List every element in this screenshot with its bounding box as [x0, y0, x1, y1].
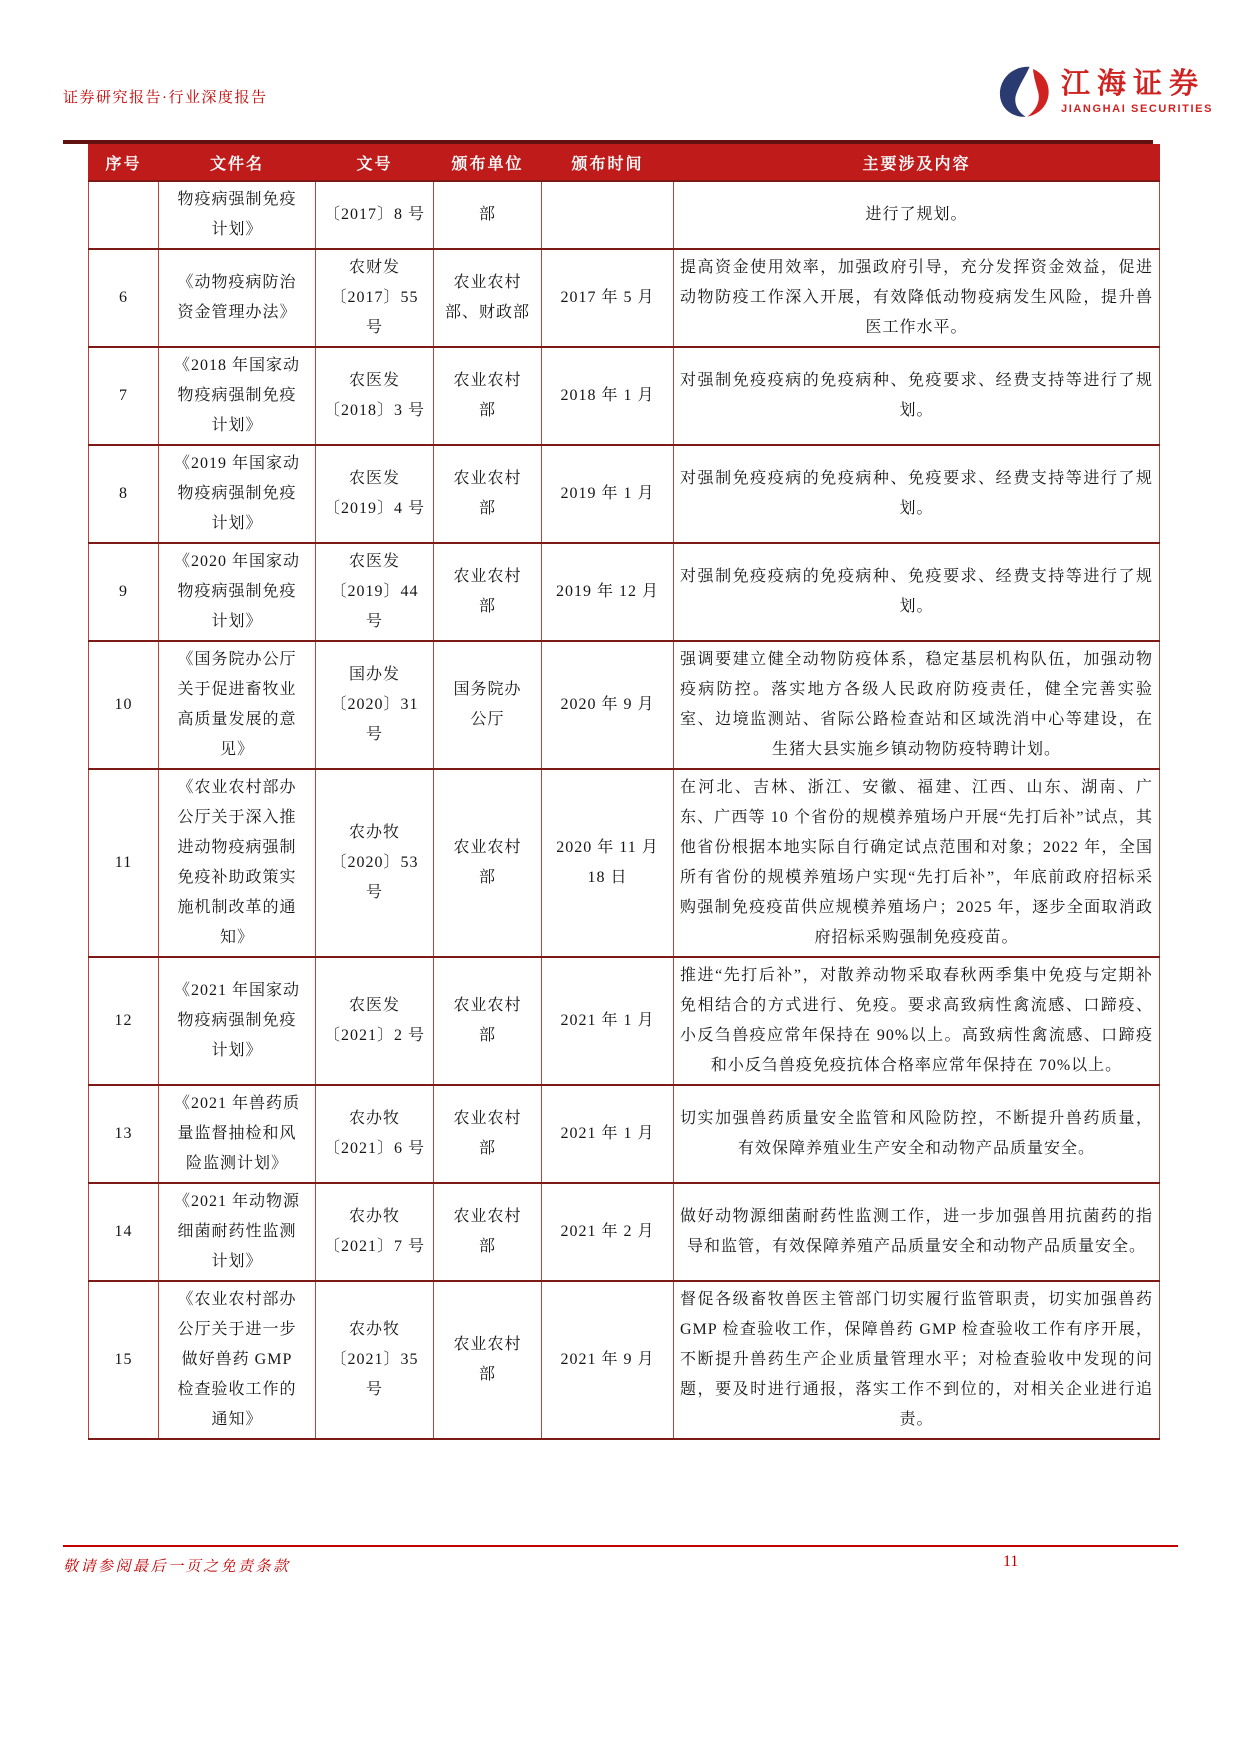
- cell-content: 推进“先打后补”，对散养动物采取春秋两季集中免疫与定期补免相结合的方式进行、免疫…: [674, 957, 1160, 1085]
- jianghai-logo-icon: [996, 62, 1052, 122]
- cell-no: 9: [89, 543, 159, 641]
- cell-name: 《2021 年动物源 细菌耐药性监测 计划》: [159, 1183, 316, 1281]
- cell-unit: 国务院办 公厅: [434, 641, 542, 769]
- header-cell-date: 颁布时间: [542, 145, 674, 182]
- header-cell-doc_no: 文号: [316, 145, 434, 182]
- cell-no: [89, 181, 159, 249]
- report-page: 证券研究报告·行业深度报告 江海证券 JIANGHAI SECURITIES 序…: [0, 0, 1241, 1754]
- cell-content: 切实加强兽药质量安全监管和风险防控，不断提升兽药质量，有效保障养殖业生产安全和动…: [674, 1085, 1160, 1183]
- cell-name: 《2020 年国家动 物疫病强制免疫 计划》: [159, 543, 316, 641]
- cell-no: 6: [89, 249, 159, 347]
- cell-unit: 农业农村 部: [434, 347, 542, 445]
- cell-name: 《2021 年国家动 物疫病强制免疫 计划》: [159, 957, 316, 1085]
- table-row: 11《农业农村部办 公厅关于深入推 进动物疫病强制 免疫补助政策实 施机制改革的…: [89, 769, 1160, 957]
- cell-date: 2021 年 1 月: [542, 957, 674, 1085]
- cell-doc_no: 农办牧 〔2021〕6 号: [316, 1085, 434, 1183]
- cell-unit: 农业农村 部: [434, 1183, 542, 1281]
- header-cell-unit: 颁布单位: [434, 145, 542, 182]
- cell-date: [542, 181, 674, 249]
- cell-unit: 部: [434, 181, 542, 249]
- table-row: 7《2018 年国家动 物疫病强制免疫 计划》农医发 〔2018〕3 号农业农村…: [89, 347, 1160, 445]
- cell-unit: 农业农村 部: [434, 543, 542, 641]
- table-row: 10《国务院办公厅 关于促进畜牧业 高质量发展的意 见》国办发 〔2020〕31…: [89, 641, 1160, 769]
- footer-rule: [63, 1545, 1178, 1547]
- cell-unit: 农业农村 部: [434, 957, 542, 1085]
- table-row: 9《2020 年国家动 物疫病强制免疫 计划》农医发 〔2019〕44 号农业农…: [89, 543, 1160, 641]
- cell-no: 14: [89, 1183, 159, 1281]
- cell-doc_no: 〔2017〕8 号: [316, 181, 434, 249]
- cell-no: 8: [89, 445, 159, 543]
- logo-name-cn: 江海证券: [1061, 70, 1213, 99]
- cell-content: 进行了规划。: [674, 181, 1160, 249]
- cell-name: 《农业农村部办 公厅关于进一步 做好兽药 GMP 检查验收工作的 通知》: [159, 1281, 316, 1439]
- cell-unit: 农业农村 部、财政部: [434, 249, 542, 347]
- cell-content: 提高资金使用效率，加强政府引导，充分发挥资金效益，促进动物防疫工作深入开展，有效…: [674, 249, 1160, 347]
- table-row: 6《动物疫病防治 资金管理办法》农财发 〔2017〕55 号农业农村 部、财政部…: [89, 249, 1160, 347]
- header-cell-no: 序号: [89, 145, 159, 182]
- cell-content: 督促各级畜牧兽医主管部门切实履行监管职责，切实加强兽药 GMP 检查验收工作，保…: [674, 1281, 1160, 1439]
- cell-no: 13: [89, 1085, 159, 1183]
- cell-no: 10: [89, 641, 159, 769]
- cell-unit: 农业农村 部: [434, 1281, 542, 1439]
- header-cell-name: 文件名: [159, 145, 316, 182]
- cell-date: 2021 年 9 月: [542, 1281, 674, 1439]
- cell-name: 《国务院办公厅 关于促进畜牧业 高质量发展的意 见》: [159, 641, 316, 769]
- cell-date: 2019 年 1 月: [542, 445, 674, 543]
- cell-unit: 农业农村 部: [434, 445, 542, 543]
- cell-doc_no: 农医发 〔2019〕44 号: [316, 543, 434, 641]
- table-row: 物疫病强制免疫 计划》〔2017〕8 号部进行了规划。: [89, 181, 1160, 249]
- table-row: 15《农业农村部办 公厅关于进一步 做好兽药 GMP 检查验收工作的 通知》农办…: [89, 1281, 1160, 1439]
- cell-name: 《动物疫病防治 资金管理办法》: [159, 249, 316, 347]
- cell-doc_no: 农办牧 〔2020〕53 号: [316, 769, 434, 957]
- table-header-row: 序号文件名文号颁布单位颁布时间主要涉及内容: [89, 145, 1160, 182]
- cell-date: 2017 年 5 月: [542, 249, 674, 347]
- cell-doc_no: 农办牧 〔2021〕7 号: [316, 1183, 434, 1281]
- cell-unit: 农业农村 部: [434, 769, 542, 957]
- cell-doc_no: 农办牧 〔2021〕35 号: [316, 1281, 434, 1439]
- table-row: 8《2019 年国家动 物疫病强制免疫 计划》农医发 〔2019〕4 号农业农村…: [89, 445, 1160, 543]
- cell-no: 15: [89, 1281, 159, 1439]
- cell-date: 2020 年 9 月: [542, 641, 674, 769]
- cell-doc_no: 农医发 〔2021〕2 号: [316, 957, 434, 1085]
- cell-content: 对强制免疫疫病的免疫病种、免疫要求、经费支持等进行了规划。: [674, 445, 1160, 543]
- cell-no: 12: [89, 957, 159, 1085]
- cell-date: 2021 年 1 月: [542, 1085, 674, 1183]
- brand-logo: 江海证券 JIANGHAI SECURITIES: [996, 62, 1213, 122]
- header-cell-content: 主要涉及内容: [674, 145, 1160, 182]
- cell-name: 《2018 年国家动 物疫病强制免疫 计划》: [159, 347, 316, 445]
- cell-content: 做好动物源细菌耐药性监测工作，进一步加强兽用抗菌药的指导和监管，有效保障养殖产品…: [674, 1183, 1160, 1281]
- cell-content: 对强制免疫疫病的免疫病种、免疫要求、经费支持等进行了规划。: [674, 543, 1160, 641]
- table-row: 14《2021 年动物源 细菌耐药性监测 计划》农办牧 〔2021〕7 号农业农…: [89, 1183, 1160, 1281]
- cell-doc_no: 农财发 〔2017〕55 号: [316, 249, 434, 347]
- logo-name-en: JIANGHAI SECURITIES: [1061, 104, 1213, 115]
- cell-no: 11: [89, 769, 159, 957]
- cell-name: 《农业农村部办 公厅关于深入推 进动物疫病强制 免疫补助政策实 施机制改革的通 …: [159, 769, 316, 957]
- cell-date: 2021 年 2 月: [542, 1183, 674, 1281]
- cell-unit: 农业农村 部: [434, 1085, 542, 1183]
- cell-doc_no: 农医发 〔2019〕4 号: [316, 445, 434, 543]
- cell-date: 2020 年 11 月 18 日: [542, 769, 674, 957]
- report-type-label: 证券研究报告·行业深度报告: [63, 86, 268, 107]
- cell-name: 《2019 年国家动 物疫病强制免疫 计划》: [159, 445, 316, 543]
- cell-content: 在河北、吉林、浙江、安徽、福建、江西、山东、湖南、广东、广西等 10 个省份的规…: [674, 769, 1160, 957]
- cell-name: 《2021 年兽药质 量监督抽检和风 险监测计划》: [159, 1085, 316, 1183]
- cell-date: 2019 年 12 月: [542, 543, 674, 641]
- cell-doc_no: 农医发 〔2018〕3 号: [316, 347, 434, 445]
- footer-disclaimer: 敬请参阅最后一页之免责条款: [63, 1555, 291, 1576]
- cell-date: 2018 年 1 月: [542, 347, 674, 445]
- page-number: 11: [1003, 1553, 1018, 1571]
- logo-text-block: 江海证券 JIANGHAI SECURITIES: [1061, 70, 1213, 115]
- table-row: 12《2021 年国家动 物疫病强制免疫 计划》农医发 〔2021〕2 号农业农…: [89, 957, 1160, 1085]
- cell-name: 物疫病强制免疫 计划》: [159, 181, 316, 249]
- cell-doc_no: 国办发 〔2020〕31 号: [316, 641, 434, 769]
- cell-content: 强调要建立健全动物防疫体系，稳定基层机构队伍，加强动物疫病防控。落实地方各级人民…: [674, 641, 1160, 769]
- policy-table: 序号文件名文号颁布单位颁布时间主要涉及内容 物疫病强制免疫 计划》〔2017〕8…: [88, 144, 1160, 1440]
- table-row: 13《2021 年兽药质 量监督抽检和风 险监测计划》农办牧 〔2021〕6 号…: [89, 1085, 1160, 1183]
- cell-no: 7: [89, 347, 159, 445]
- cell-content: 对强制免疫疫病的免疫病种、免疫要求、经费支持等进行了规划。: [674, 347, 1160, 445]
